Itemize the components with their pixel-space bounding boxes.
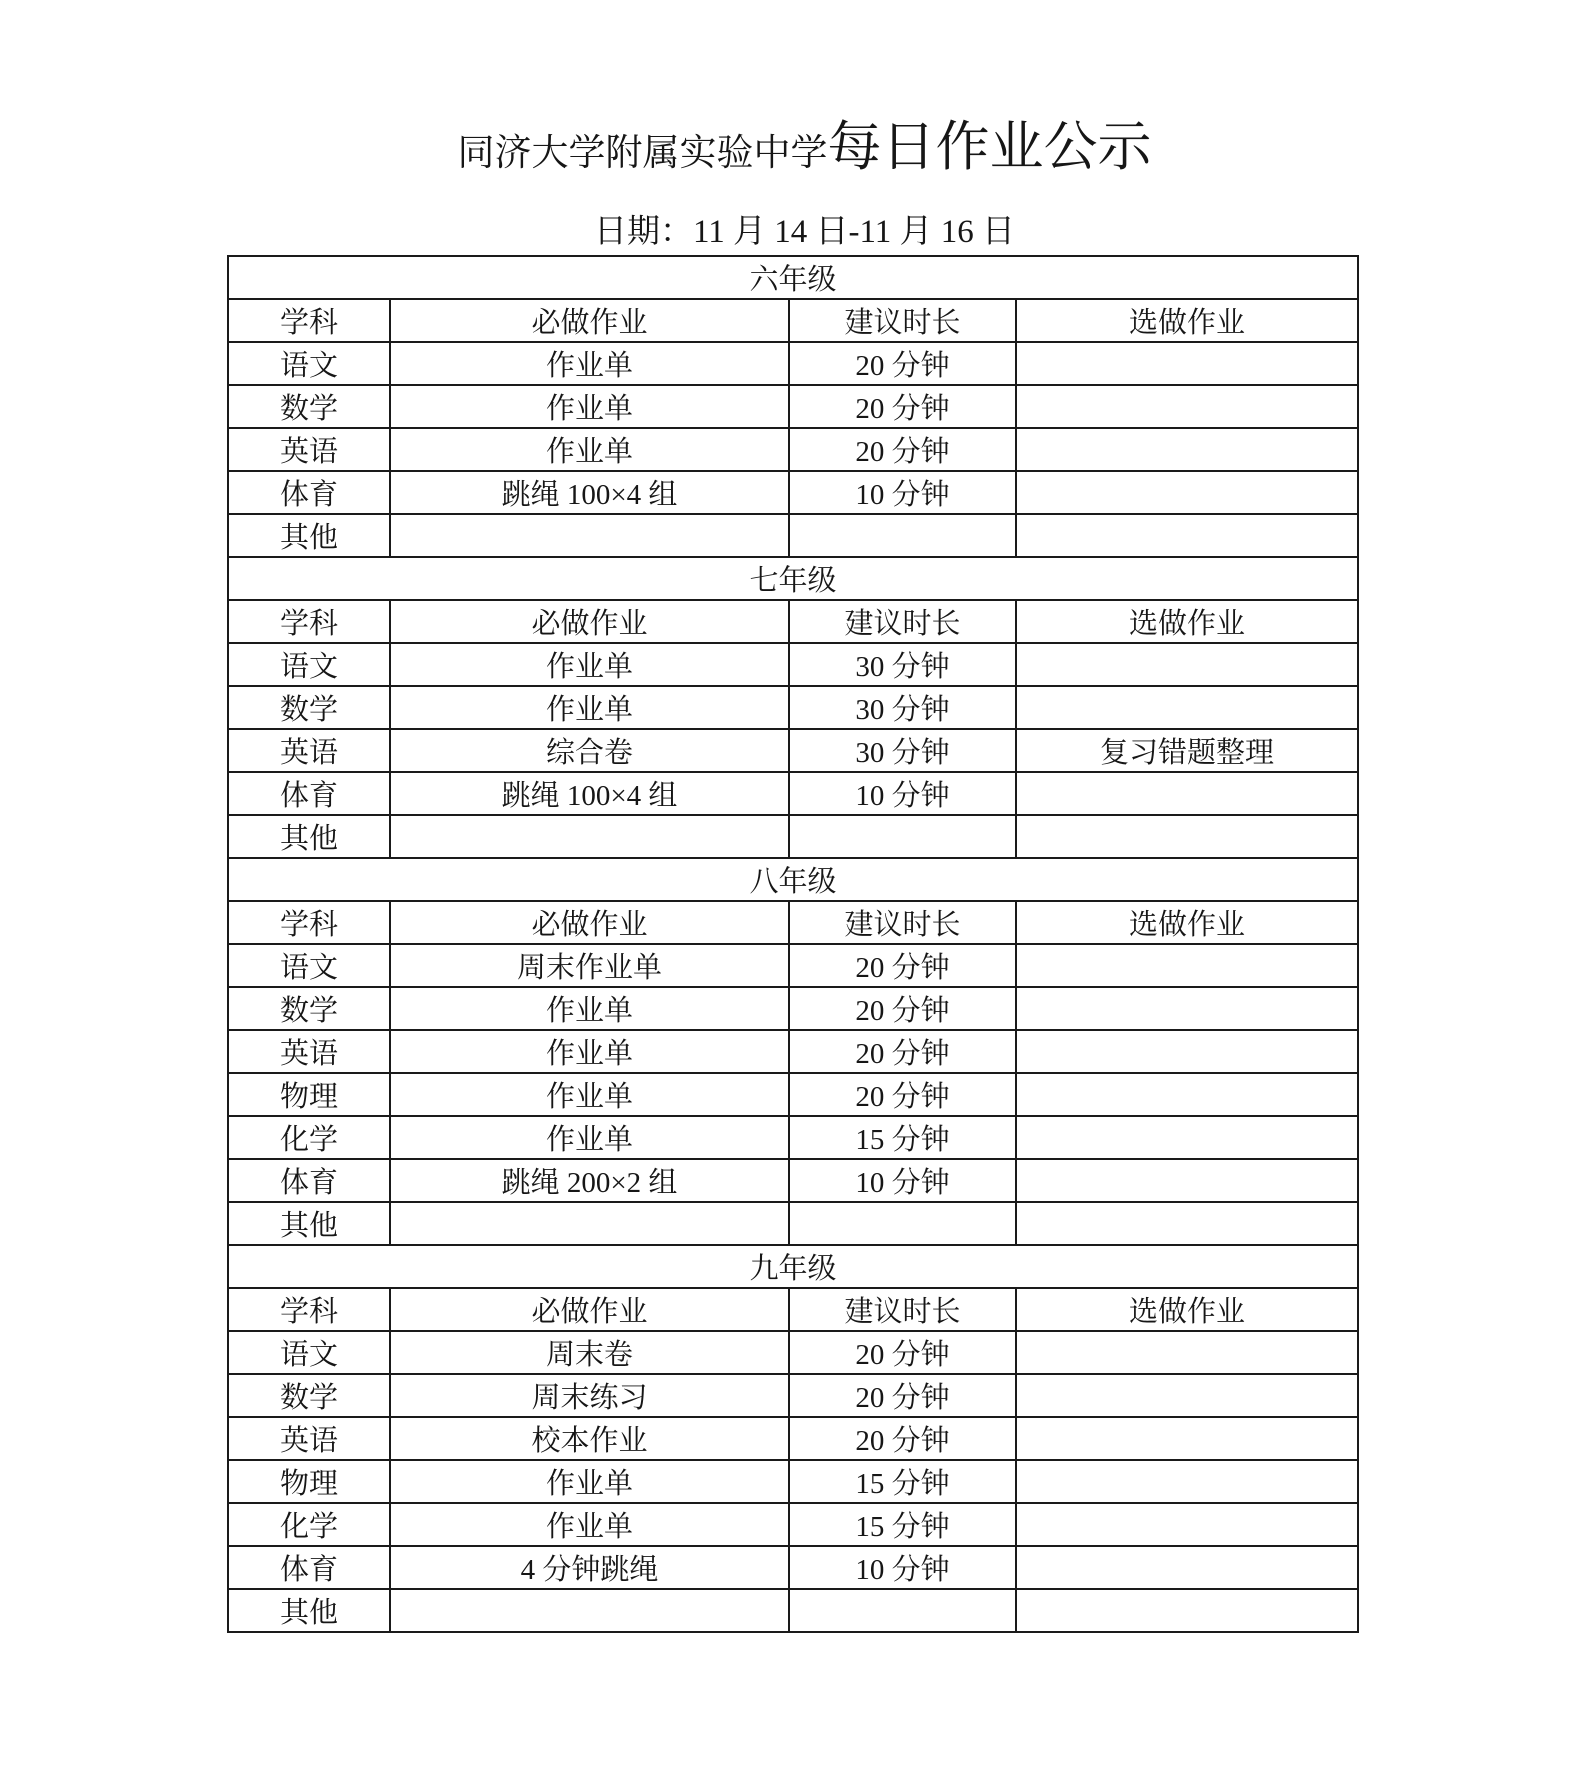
optional-homework-cell bbox=[1016, 987, 1358, 1030]
subject-cell: 体育 bbox=[228, 471, 390, 514]
required-homework-cell: 作业单 bbox=[390, 1116, 789, 1159]
optional-homework-cell bbox=[1016, 471, 1358, 514]
required-homework-cell: 周末作业单 bbox=[390, 944, 789, 987]
homework-table: 六年级学科必做作业建议时长选做作业语文作业单20 分钟数学作业单20 分钟英语作… bbox=[227, 255, 1359, 1633]
suggested-duration-cell: 20 分钟 bbox=[789, 944, 1016, 987]
column-header-optional-homework: 选做作业 bbox=[1016, 600, 1358, 643]
table-row: 其他 bbox=[228, 1202, 1358, 1245]
suggested-duration-cell: 30 分钟 bbox=[789, 643, 1016, 686]
optional-homework-cell bbox=[1016, 686, 1358, 729]
table-row: 英语作业单20 分钟 bbox=[228, 1030, 1358, 1073]
subject-cell: 数学 bbox=[228, 686, 390, 729]
table-row: 语文周末卷20 分钟 bbox=[228, 1331, 1358, 1374]
subject-cell: 英语 bbox=[228, 729, 390, 772]
required-homework-cell: 跳绳 100×4 组 bbox=[390, 471, 789, 514]
suggested-duration-cell: 15 分钟 bbox=[789, 1116, 1016, 1159]
optional-homework-cell bbox=[1016, 342, 1358, 385]
grade-band: 六年级 bbox=[228, 256, 1358, 299]
required-homework-cell: 作业单 bbox=[390, 987, 789, 1030]
suggested-duration-cell: 10 分钟 bbox=[789, 471, 1016, 514]
optional-homework-cell bbox=[1016, 1202, 1358, 1245]
required-homework-cell bbox=[390, 1202, 789, 1245]
required-homework-cell: 跳绳 100×4 组 bbox=[390, 772, 789, 815]
optional-homework-cell bbox=[1016, 1374, 1358, 1417]
column-header-required-homework: 必做作业 bbox=[390, 600, 789, 643]
column-header-suggested-duration: 建议时长 bbox=[789, 600, 1016, 643]
optional-homework-cell bbox=[1016, 385, 1358, 428]
grade-section-row: 九年级 bbox=[228, 1245, 1358, 1288]
grade-band: 九年级 bbox=[228, 1245, 1358, 1288]
suggested-duration-cell bbox=[789, 1589, 1016, 1632]
suggested-duration-cell: 20 分钟 bbox=[789, 1331, 1016, 1374]
table-row: 物理作业单15 分钟 bbox=[228, 1460, 1358, 1503]
optional-homework-cell bbox=[1016, 1159, 1358, 1202]
subject-cell: 数学 bbox=[228, 1374, 390, 1417]
suggested-duration-cell: 10 分钟 bbox=[789, 1546, 1016, 1589]
table-row: 数学作业单20 分钟 bbox=[228, 987, 1358, 1030]
required-homework-cell: 校本作业 bbox=[390, 1417, 789, 1460]
optional-homework-cell bbox=[1016, 1030, 1358, 1073]
school-name: 同济大学附属实验中学 bbox=[458, 133, 828, 174]
optional-homework-cell bbox=[1016, 1460, 1358, 1503]
column-header-optional-homework: 选做作业 bbox=[1016, 299, 1358, 342]
table-row: 其他 bbox=[228, 514, 1358, 557]
subject-cell: 语文 bbox=[228, 1331, 390, 1374]
column-header-required-homework: 必做作业 bbox=[390, 299, 789, 342]
suggested-duration-cell: 15 分钟 bbox=[789, 1460, 1016, 1503]
table-row: 体育跳绳 200×2 组10 分钟 bbox=[228, 1159, 1358, 1202]
suggested-duration-cell: 20 分钟 bbox=[789, 1030, 1016, 1073]
column-header-subject: 学科 bbox=[228, 1288, 390, 1331]
column-header-subject: 学科 bbox=[228, 299, 390, 342]
table-row: 语文周末作业单20 分钟 bbox=[228, 944, 1358, 987]
grade-section-row: 八年级 bbox=[228, 858, 1358, 901]
required-homework-cell bbox=[390, 514, 789, 557]
required-homework-cell: 作业单 bbox=[390, 428, 789, 471]
column-header-required-homework: 必做作业 bbox=[390, 1288, 789, 1331]
optional-homework-cell bbox=[1016, 1417, 1358, 1460]
column-header-required-homework: 必做作业 bbox=[390, 901, 789, 944]
suggested-duration-cell: 20 分钟 bbox=[789, 1073, 1016, 1116]
suggested-duration-cell bbox=[789, 1202, 1016, 1245]
subject-cell: 其他 bbox=[228, 815, 390, 858]
table-row: 数学作业单30 分钟 bbox=[228, 686, 1358, 729]
column-header-subject: 学科 bbox=[228, 901, 390, 944]
column-header-suggested-duration: 建议时长 bbox=[789, 299, 1016, 342]
subject-cell: 英语 bbox=[228, 1030, 390, 1073]
suggested-duration-cell bbox=[789, 514, 1016, 557]
subject-cell: 英语 bbox=[228, 428, 390, 471]
table-row: 数学作业单20 分钟 bbox=[228, 385, 1358, 428]
column-header-suggested-duration: 建议时长 bbox=[789, 1288, 1016, 1331]
table-row: 英语作业单20 分钟 bbox=[228, 428, 1358, 471]
suggested-duration-cell: 20 分钟 bbox=[789, 342, 1016, 385]
grade-band: 八年级 bbox=[228, 858, 1358, 901]
required-homework-cell: 作业单 bbox=[390, 1030, 789, 1073]
optional-homework-cell bbox=[1016, 643, 1358, 686]
optional-homework-cell: 复习错题整理 bbox=[1016, 729, 1358, 772]
subject-cell: 其他 bbox=[228, 514, 390, 557]
optional-homework-cell bbox=[1016, 944, 1358, 987]
suggested-duration-cell: 15 分钟 bbox=[789, 1503, 1016, 1546]
subject-cell: 数学 bbox=[228, 385, 390, 428]
table-row: 体育跳绳 100×4 组10 分钟 bbox=[228, 772, 1358, 815]
required-homework-cell bbox=[390, 1589, 789, 1632]
required-homework-cell: 综合卷 bbox=[390, 729, 789, 772]
required-homework-cell: 作业单 bbox=[390, 643, 789, 686]
column-header-row: 学科必做作业建议时长选做作业 bbox=[228, 600, 1358, 643]
required-homework-cell: 周末卷 bbox=[390, 1331, 789, 1374]
required-homework-cell: 周末练习 bbox=[390, 1374, 789, 1417]
optional-homework-cell bbox=[1016, 1589, 1358, 1632]
column-header-optional-homework: 选做作业 bbox=[1016, 901, 1358, 944]
required-homework-cell: 作业单 bbox=[390, 342, 789, 385]
document-title: 同济大学附属实验中学每日作业公示 bbox=[240, 114, 1369, 194]
suggested-duration-cell bbox=[789, 815, 1016, 858]
suggested-duration-cell: 20 分钟 bbox=[789, 1417, 1016, 1460]
optional-homework-cell bbox=[1016, 1546, 1358, 1589]
table-row: 数学周末练习20 分钟 bbox=[228, 1374, 1358, 1417]
grade-section-row: 七年级 bbox=[228, 557, 1358, 600]
subject-cell: 其他 bbox=[228, 1589, 390, 1632]
required-homework-cell: 作业单 bbox=[390, 385, 789, 428]
table-row: 英语综合卷30 分钟复习错题整理 bbox=[228, 729, 1358, 772]
table-row: 英语校本作业20 分钟 bbox=[228, 1417, 1358, 1460]
suggested-duration-cell: 20 分钟 bbox=[789, 428, 1016, 471]
subject-cell: 物理 bbox=[228, 1460, 390, 1503]
optional-homework-cell bbox=[1016, 1116, 1358, 1159]
required-homework-cell: 作业单 bbox=[390, 686, 789, 729]
table-row: 其他 bbox=[228, 1589, 1358, 1632]
optional-homework-cell bbox=[1016, 1503, 1358, 1546]
suggested-duration-cell: 30 分钟 bbox=[789, 729, 1016, 772]
announcement-title: 每日作业公示 bbox=[828, 117, 1152, 177]
column-header-optional-homework: 选做作业 bbox=[1016, 1288, 1358, 1331]
column-header-row: 学科必做作业建议时长选做作业 bbox=[228, 1288, 1358, 1331]
optional-homework-cell bbox=[1016, 514, 1358, 557]
column-header-suggested-duration: 建议时长 bbox=[789, 901, 1016, 944]
optional-homework-cell bbox=[1016, 1331, 1358, 1374]
grade-section-row: 六年级 bbox=[228, 256, 1358, 299]
required-homework-cell: 4 分钟跳绳 bbox=[390, 1546, 789, 1589]
required-homework-cell: 作业单 bbox=[390, 1503, 789, 1546]
required-homework-cell bbox=[390, 815, 789, 858]
suggested-duration-cell: 30 分钟 bbox=[789, 686, 1016, 729]
subject-cell: 化学 bbox=[228, 1116, 390, 1159]
suggested-duration-cell: 20 分钟 bbox=[789, 385, 1016, 428]
suggested-duration-cell: 20 分钟 bbox=[789, 1374, 1016, 1417]
date-range: 日期：11 月 14 日-11 月 16 日 bbox=[240, 211, 1369, 253]
table-row: 其他 bbox=[228, 815, 1358, 858]
column-header-row: 学科必做作业建议时长选做作业 bbox=[228, 299, 1358, 342]
suggested-duration-cell: 10 分钟 bbox=[789, 772, 1016, 815]
column-header-row: 学科必做作业建议时长选做作业 bbox=[228, 901, 1358, 944]
table-row: 语文作业单30 分钟 bbox=[228, 643, 1358, 686]
subject-cell: 数学 bbox=[228, 987, 390, 1030]
subject-cell: 体育 bbox=[228, 772, 390, 815]
required-homework-cell: 作业单 bbox=[390, 1460, 789, 1503]
optional-homework-cell bbox=[1016, 772, 1358, 815]
optional-homework-cell bbox=[1016, 1073, 1358, 1116]
required-homework-cell: 作业单 bbox=[390, 1073, 789, 1116]
grade-band: 七年级 bbox=[228, 557, 1358, 600]
subject-cell: 语文 bbox=[228, 342, 390, 385]
subject-cell: 英语 bbox=[228, 1417, 390, 1460]
document-page: 同济大学附属实验中学每日作业公示 日期：11 月 14 日-11 月 16 日 … bbox=[0, 0, 1586, 1781]
table-row: 化学作业单15 分钟 bbox=[228, 1116, 1358, 1159]
subject-cell: 语文 bbox=[228, 944, 390, 987]
optional-homework-cell bbox=[1016, 815, 1358, 858]
subject-cell: 化学 bbox=[228, 1503, 390, 1546]
column-header-subject: 学科 bbox=[228, 600, 390, 643]
table-row: 语文作业单20 分钟 bbox=[228, 342, 1358, 385]
suggested-duration-cell: 20 分钟 bbox=[789, 987, 1016, 1030]
subject-cell: 体育 bbox=[228, 1546, 390, 1589]
table-row: 化学作业单15 分钟 bbox=[228, 1503, 1358, 1546]
subject-cell: 语文 bbox=[228, 643, 390, 686]
subject-cell: 体育 bbox=[228, 1159, 390, 1202]
optional-homework-cell bbox=[1016, 428, 1358, 471]
subject-cell: 物理 bbox=[228, 1073, 390, 1116]
table-row: 物理作业单20 分钟 bbox=[228, 1073, 1358, 1116]
suggested-duration-cell: 10 分钟 bbox=[789, 1159, 1016, 1202]
table-row: 体育跳绳 100×4 组10 分钟 bbox=[228, 471, 1358, 514]
required-homework-cell: 跳绳 200×2 组 bbox=[390, 1159, 789, 1202]
subject-cell: 其他 bbox=[228, 1202, 390, 1245]
table-row: 体育4 分钟跳绳10 分钟 bbox=[228, 1546, 1358, 1589]
